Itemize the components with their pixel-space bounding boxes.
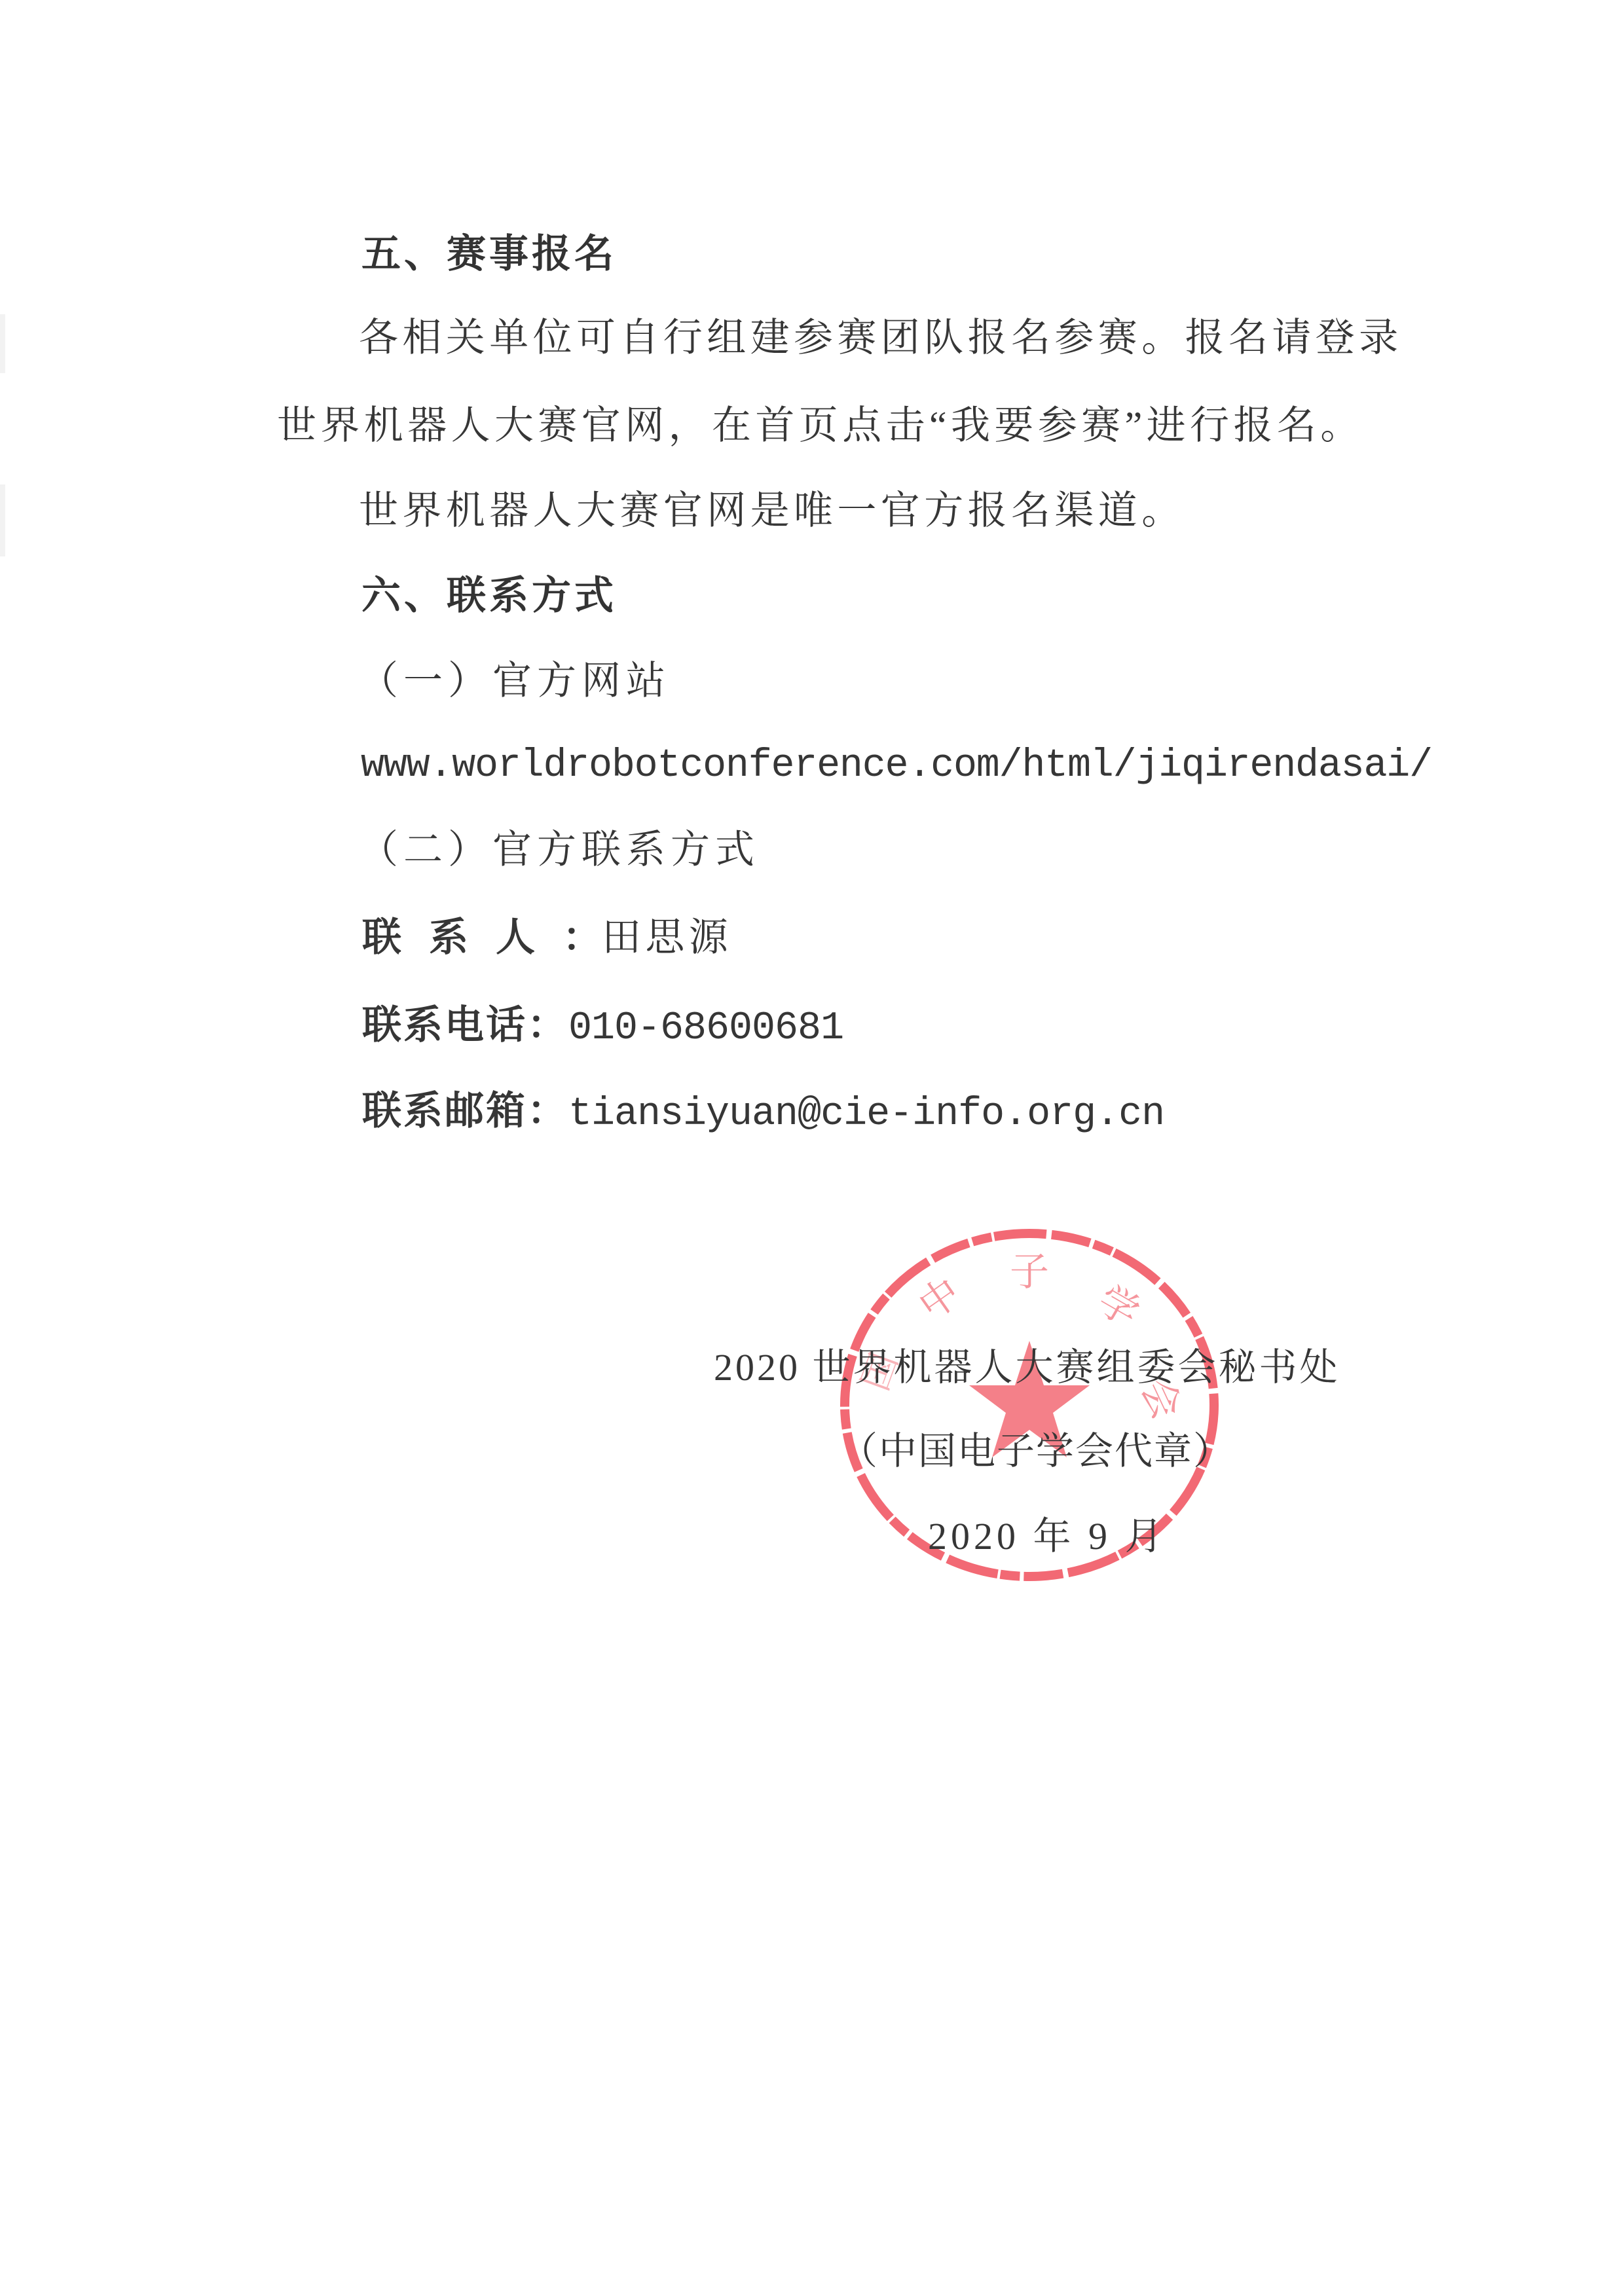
contact-email-row: 联系邮箱：tiansiyuan@cie-info.org.cn	[362, 1091, 1164, 1134]
paragraph-line: 世界机器人大赛官网，在首页点击“我要参赛”进行报名。	[277, 406, 1364, 445]
scan-artifact	[0, 484, 5, 556]
contact-email-link[interactable]: tiansiyuan@cie-info.org.cn	[568, 1092, 1164, 1137]
section-heading-contact: 六、联系方式	[361, 576, 617, 615]
official-website-link[interactable]: www.worldrobotconference.com/html/jiqire…	[361, 746, 1432, 786]
signature-date: 2020 年 9 月	[928, 1518, 1167, 1556]
contact-phone-label: 联系电话：	[362, 1002, 568, 1048]
contact-person-row: 联系人：田思源	[362, 918, 732, 957]
subheading-official-website: （一）官方网站	[359, 661, 671, 701]
contact-person-label: 联系人：	[362, 915, 629, 960]
scan-artifact	[0, 314, 5, 373]
svg-text:子: 子	[1010, 1249, 1049, 1295]
svg-text:学: 学	[1090, 1277, 1147, 1336]
signature-note: （中国电子学会代章）	[840, 1432, 1232, 1470]
contact-person-value: 田思源	[602, 916, 732, 959]
signature-organization: 2020 世界机器人大赛组委会秘书处	[714, 1349, 1340, 1387]
subheading-official-contact: （二）官方联系方式	[359, 830, 760, 869]
contact-email-label: 联系邮箱：	[362, 1088, 568, 1134]
svg-text:中: 中	[910, 1269, 969, 1330]
section-heading-registration: 五、赛事报名	[361, 234, 617, 274]
contact-phone-value[interactable]: 010-68600681	[568, 1006, 843, 1051]
paragraph-line: 各相关单位可自行组建参赛团队报名参赛。报名请登录	[359, 318, 1403, 357]
contact-phone-row: 联系电话：010-68600681	[362, 1006, 843, 1048]
paragraph-line: 世界机器人大赛官网是唯一官方报名渠道。	[359, 491, 1185, 530]
